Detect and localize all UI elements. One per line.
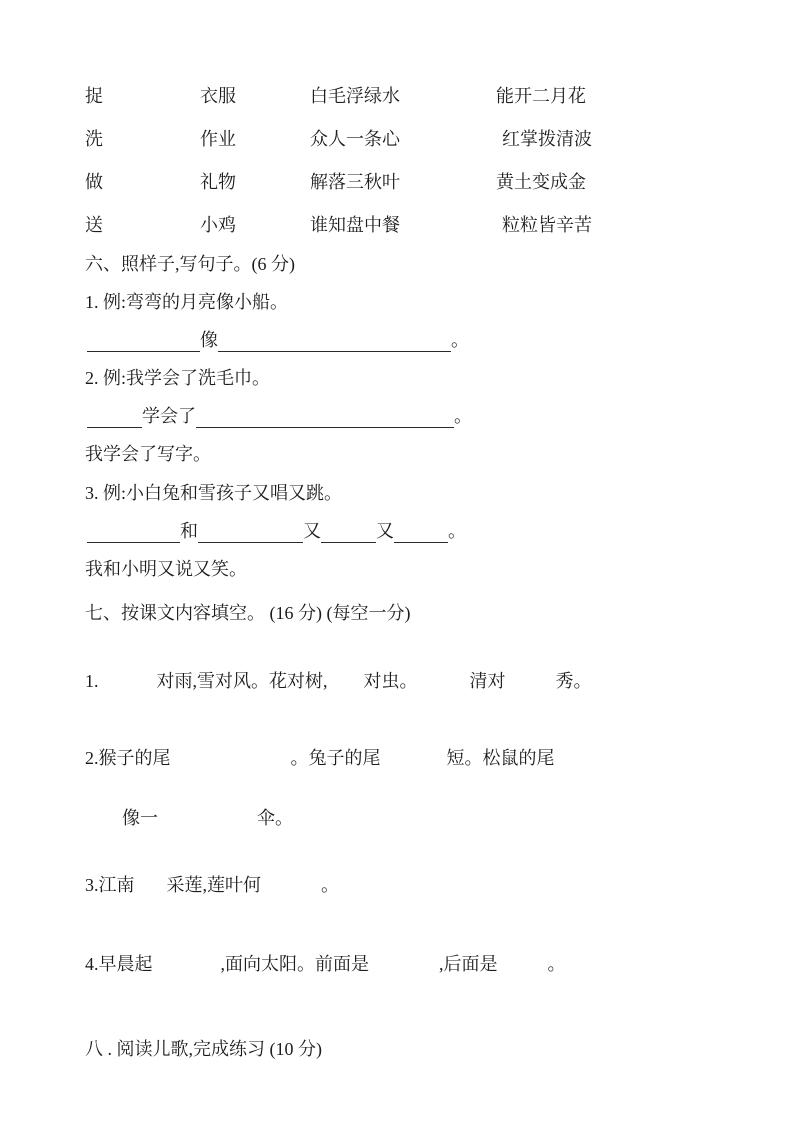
cloze-text: 采莲,莲叶何 (167, 875, 262, 895)
answer-blank (321, 522, 376, 543)
cloze-text: 秀。 (556, 671, 592, 691)
fill-blank-line-1: 像。 (87, 328, 469, 352)
answer-space (158, 829, 257, 830)
answer-space (506, 692, 556, 693)
answer-space (369, 975, 439, 976)
matching-item: 众人一条心 (310, 127, 400, 151)
matching-row: 洗 作业 众人一条心 红掌拨清波 (85, 127, 725, 151)
answer-space (328, 692, 364, 693)
section-6-title: 六、照样子,写句子。(6 分) (85, 252, 295, 276)
blank-connector: 又 (376, 521, 394, 541)
matching-item: 礼物 (200, 170, 236, 194)
cloze-text: 对雨,雪对风。花对树, (157, 671, 328, 691)
answer-space (171, 769, 291, 770)
example-sentence-3: 3. 例:小白兔和雪孩子又唱又跳。 (85, 481, 342, 505)
matching-item: 黄土变成金 (496, 170, 586, 194)
sample-answer-3: 我和小明又说又笑。 (85, 557, 247, 581)
period: 。 (451, 330, 469, 350)
answer-space (261, 896, 321, 897)
matching-item: 白毛浮绿水 (310, 84, 400, 108)
matching-row: 送 小鸡 谁知盘中餐 粒粒皆辛苦 (85, 213, 725, 237)
answer-space (498, 975, 548, 976)
matching-item: 谁知盘中餐 (310, 213, 400, 237)
section-7-title: 七、按课文内容填空。 (16 分) (每空一分) (85, 601, 410, 625)
answer-blank (196, 407, 454, 428)
item-number: 1. (85, 671, 99, 691)
blank-connector: 学会了 (142, 406, 196, 426)
matching-row: 捉 衣服 白毛浮绿水 能开二月花 (85, 84, 725, 108)
period: 。 (321, 875, 339, 895)
answer-space (418, 692, 470, 693)
answer-blank (87, 331, 200, 352)
answer-blank (218, 331, 451, 352)
cloze-text: 清对 (470, 671, 506, 691)
matching-item: 洗 (85, 127, 103, 151)
fill-blank-line-2: 学会了。 (87, 404, 472, 428)
period: 。 (448, 521, 466, 541)
cloze-item-2-line-2: 像一伞。 (122, 806, 293, 830)
cloze-text: 对虫。 (364, 671, 418, 691)
section-8-title: 八 . 阅读儿歌,完成练习 (10 分) (85, 1037, 322, 1061)
matching-item: 小鸡 (200, 213, 236, 237)
cloze-item-1: 1.对雨,雪对风。花对树,对虫。清对秀。 (85, 669, 592, 693)
cloze-text: 3.江南 (85, 875, 135, 895)
blank-connector: 和 (180, 521, 198, 541)
cloze-text: 伞。 (257, 808, 293, 828)
answer-space (99, 692, 157, 693)
matching-item: 粒粒皆辛苦 (502, 213, 592, 237)
cloze-text: 。兔子的尾 (291, 748, 381, 768)
example-sentence-1: 1. 例:弯弯的月亮像小船。 (85, 290, 288, 314)
answer-blank (87, 407, 142, 428)
cloze-text: 2.猴子的尾 (85, 748, 171, 768)
matching-row: 做 礼物 解落三秋叶 黄土变成金 (85, 170, 725, 194)
answer-blank (394, 522, 448, 543)
period: 。 (454, 406, 472, 426)
matching-item: 红掌拨清波 (502, 127, 592, 151)
cloze-text: 像一 (122, 808, 158, 828)
answer-blank (87, 522, 180, 543)
cloze-text: ,后面是 (439, 954, 498, 974)
matching-item: 衣服 (200, 84, 236, 108)
matching-item: 送 (85, 213, 103, 237)
matching-item: 作业 (200, 127, 236, 151)
matching-item: 做 (85, 170, 103, 194)
blank-connector: 像 (200, 330, 218, 350)
matching-item: 能开二月花 (496, 84, 586, 108)
exam-worksheet-page: 捉 衣服 白毛浮绿水 能开二月花 洗 作业 众人一条心 红掌拨清波 做 礼物 解… (0, 0, 793, 1122)
fill-blank-line-3: 和又又。 (87, 519, 466, 543)
answer-space (153, 975, 221, 976)
cloze-item-3: 3.江南采莲,莲叶何。 (85, 873, 339, 897)
matching-item: 捉 (85, 84, 103, 108)
answer-space (135, 896, 167, 897)
answer-blank (198, 522, 303, 543)
matching-item: 解落三秋叶 (310, 170, 400, 194)
cloze-item-4: 4.早晨起,面向太阳。前面是,后面是。 (85, 952, 566, 976)
cloze-text: 短。松鼠的尾 (447, 748, 555, 768)
cloze-item-2-line-1: 2.猴子的尾。兔子的尾短。松鼠的尾 (85, 746, 555, 770)
blank-connector: 又 (303, 521, 321, 541)
example-sentence-2: 2. 例:我学会了洗毛巾。 (85, 366, 270, 390)
period: 。 (548, 954, 566, 974)
cloze-text: ,面向太阳。前面是 (221, 954, 370, 974)
sample-answer-2: 我学会了写字。 (85, 442, 211, 466)
cloze-text: 4.早晨起 (85, 954, 153, 974)
answer-space (381, 769, 447, 770)
